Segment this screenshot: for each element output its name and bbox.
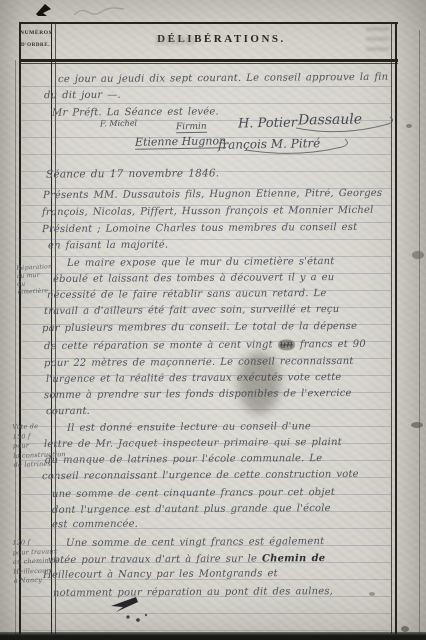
handwritten-line: somme à prendre sur les fonds disponible…: [44, 388, 352, 401]
next-page-edge-line: [419, 30, 420, 634]
handwritten-line: pour 22 mètres de maçonnerie. Le conseil…: [44, 356, 354, 369]
handwritten-line: Il est donné ensuite lecture au conseil …: [67, 421, 311, 434]
margin-note-line: de latrines: [14, 459, 67, 470]
margin-note-line: à Nancy: [14, 575, 61, 586]
handwritten-line: du manque de latrines pour l'école commu…: [45, 453, 322, 466]
header-rule-thick: [19, 59, 398, 62]
deliberations-title: DÉLIBÉRATIONS.: [52, 33, 391, 45]
handwritten-line: une somme de cent cinquante francs pour …: [52, 487, 335, 500]
edge-mark: [411, 422, 423, 428]
margin-note-latrines: Vote de 150 f pour la construction de la…: [12, 421, 66, 470]
signature: françois M. Pitré: [218, 136, 321, 152]
order-column-header-line1: NUMÉROS: [20, 30, 51, 36]
signature: H. Potier: [238, 115, 297, 131]
handwritten-line: en faisant la majorité.: [48, 240, 168, 252]
handwritten-line: ce jour au jeudi dix sept courant. Le co…: [58, 72, 388, 85]
margin-note-line: au chemin de: [13, 556, 60, 567]
register-scan-page: NUMÉROS D'ORDRE. DÉLIBÉRATIONS. ce jour …: [0, 0, 426, 640]
signature: Firmin: [176, 122, 207, 134]
handwritten-line: lettre de Mr. Jacquet inspecteur primair…: [44, 437, 342, 450]
faint-handwriting-mark: [74, 8, 124, 15]
margin-note-cemetery: Réparation au mur du cimetière: [16, 263, 53, 297]
signature: Etienne Hugnon: [135, 134, 226, 150]
handwritten-line: dont l'urgence est d'autant plus grande …: [52, 503, 331, 516]
session-heading: Séance du 17 novembre 1846.: [46, 167, 219, 180]
margin-note-road: 120 f pour travaux au chemin de Heilleco…: [12, 537, 60, 586]
bleed-through-stamp: [366, 27, 389, 54]
amount-text: de cette réparation se monte à cent ving…: [44, 340, 273, 353]
handwritten-line: Président ; Lomoine Charles tous membres…: [42, 222, 357, 235]
handwritten-line: Le maire expose que le mur du cimetière …: [67, 256, 335, 269]
bleed-through-text: [156, 36, 196, 45]
handwritten-line: Une somme de cent vingt francs est égale…: [66, 536, 324, 549]
handwritten-line: Mr Préft. La Séance est levée.: [52, 106, 219, 118]
table-top-border: [19, 22, 398, 24]
header-rule-thin: [19, 63, 398, 64]
handwritten-line: conseil reconnaissant l'urgence de cette…: [42, 469, 359, 482]
signature: F. Michel: [100, 119, 137, 129]
ink-blot-icon: [36, 4, 51, 16]
bottom-scan-edge: [0, 632, 426, 640]
edge-mark: [412, 251, 424, 259]
handwritten-line: de cette réparation se monte à cent ving…: [44, 339, 366, 352]
table-right-border-outer: [395, 22, 397, 634]
handwritten-line: l'urgence et la réalité des travaux exéc…: [46, 372, 342, 385]
handwritten-line: est commencée.: [52, 519, 138, 531]
handwritten-line: courant.: [46, 406, 90, 417]
handwritten-line: du dit jour —.: [44, 90, 121, 102]
table-right-border-inner: [391, 22, 392, 634]
handwritten-line: votée pour travaux d'art à faire sur le …: [48, 553, 325, 566]
signature: Dassaule: [298, 111, 362, 128]
handwritten-line: par plusieurs membres du conseil. Le tot…: [42, 321, 357, 334]
handwritten-line: travail a d'ailleurs été fait avec soin,…: [44, 304, 339, 317]
road-text: votée pour travaux d'art à faire sur le: [48, 553, 262, 565]
emphasized-words: Chemin de: [262, 553, 325, 564]
handwritten-line: éboulé et laissant des tombes à découver…: [53, 272, 334, 285]
amount-text: francs et 90: [300, 339, 366, 350]
handwritten-line: nécessité de le faire rétablir sans aucu…: [47, 288, 327, 301]
handwritten-line: notamment pour réparation au pont dit de…: [53, 586, 333, 599]
edge-mark: [406, 124, 412, 128]
handwritten-line: Heillecourt à Nancy par les Montgrands e…: [43, 568, 278, 581]
handwritten-line: françois, Nicolas, Piffert, Husson franç…: [42, 205, 374, 218]
ink-smudge: [238, 352, 280, 414]
struck-word: un: [278, 339, 295, 350]
order-column-header-line2: D'ORDRE.: [20, 43, 51, 48]
